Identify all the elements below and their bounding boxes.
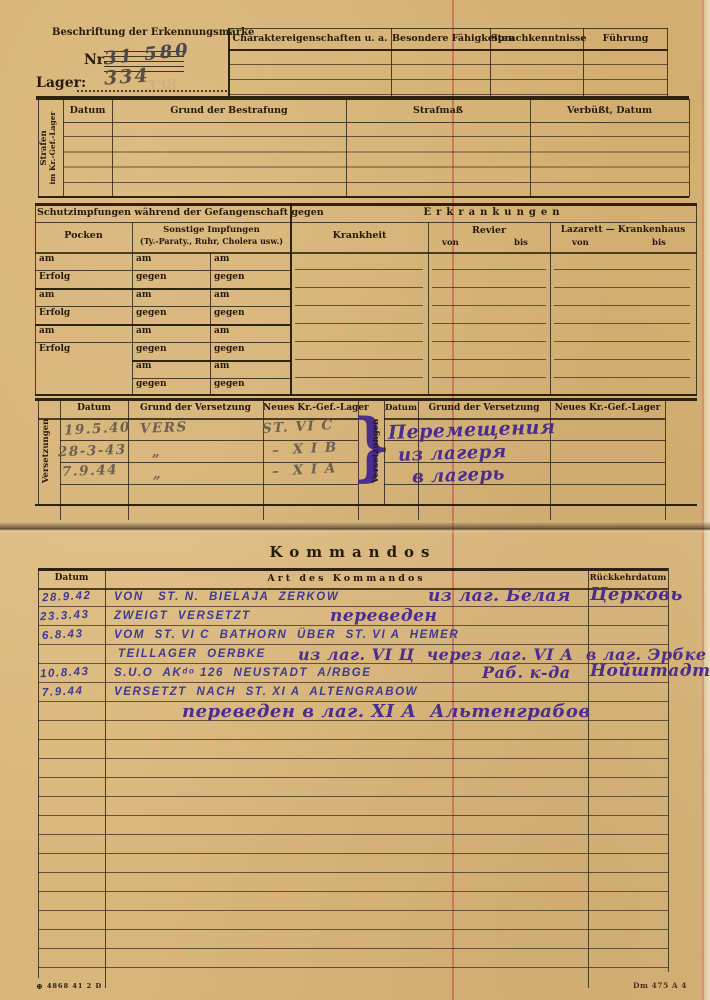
- form-code: Dm 475 A 4: [633, 982, 687, 990]
- scan-right-edge: [704, 0, 710, 1000]
- lazarett-von-label: von: [572, 239, 589, 248]
- versetzungen-col-datum: Datum: [381, 404, 421, 413]
- impfung-gegen-label: gegen: [136, 345, 167, 354]
- ghost-writing: 338: [145, 75, 177, 97]
- printer-mark-icon: ⊕: [36, 982, 43, 990]
- impfung-erfolg-label: Erfolg: [39, 309, 70, 318]
- impfungen-title: Schutzimpfungen während der Gefangenscha…: [37, 208, 289, 218]
- kommando-art: VON ST. N. BIELAJA ZERKOW: [114, 591, 339, 603]
- fold-crease: [0, 521, 710, 535]
- sonstige-label: Sonstige Impfungen: [133, 226, 290, 235]
- versetzungen-col-lager: Neues Kr.-Gef.-Lager: [550, 404, 665, 413]
- rule-line: [60, 484, 358, 485]
- impfung-am-label: am: [39, 255, 54, 264]
- versetzung-lager: ST. VI C: [262, 417, 334, 437]
- impfung-gegen-label: gegen: [214, 273, 245, 282]
- section-divider: [36, 96, 689, 100]
- strafen-side-label-line2: im Kr.-Gef.-Lager: [49, 104, 57, 192]
- traits-col-sprachkenntnisse: Sprachkenntnisse: [491, 34, 582, 44]
- traits-col-faehigkeiten: Besondere Fähigkeiten: [392, 34, 489, 44]
- kommando-rueckkehr: Нойштадт: [590, 661, 710, 681]
- rule-line: [384, 400, 385, 505]
- rule-line: [38, 400, 39, 505]
- impfung-am-label: am: [39, 327, 54, 336]
- strafen-col-verbuesst: Verbüßt, Datum: [530, 106, 689, 116]
- rule-line: [35, 324, 290, 326]
- kommando-art: TEILLAGER OERBKE: [118, 648, 266, 660]
- versetzung-lager: – X I B: [272, 439, 338, 458]
- impfung-gegen-label: gegen: [136, 380, 167, 389]
- rule-line: [550, 222, 551, 395]
- rule-line: [60, 506, 61, 520]
- rule-line: [550, 506, 551, 520]
- strafen-col-datum: Datum: [63, 106, 112, 116]
- versetzungen-note-line3: в лагерь: [412, 463, 506, 487]
- versetzung-datum: 7.9.44: [62, 462, 119, 480]
- kommando-datum: 7.9.44: [42, 685, 84, 699]
- impfung-erfolg-label: Erfolg: [39, 345, 70, 354]
- rule-line: [665, 506, 666, 520]
- kommandos-title: Kommandos: [103, 545, 603, 561]
- rule-line: [35, 270, 290, 271]
- rule-line: [128, 506, 129, 520]
- traits-col-fuehrung: Führung: [584, 34, 667, 44]
- versetzung-grund: „: [152, 444, 161, 460]
- impfung-am-label: am: [214, 327, 229, 336]
- krankheit-label: Krankheit: [291, 231, 428, 241]
- rule-line: [696, 203, 697, 395]
- pocken-label: Pocken: [35, 231, 132, 241]
- versetzungen-col-grund: Grund der Versetzung: [128, 404, 263, 413]
- erkrankungen-title: Erkrankungen: [291, 208, 697, 219]
- kommando-note: из лаг. Белая: [428, 586, 571, 606]
- impfung-am-label: am: [214, 255, 229, 264]
- impfung-am-label: am: [136, 291, 151, 300]
- impfung-gegen-label: gegen: [214, 309, 245, 318]
- rule-line: [689, 99, 690, 197]
- rule-line: [38, 196, 689, 198]
- versetzung-grund: „: [153, 466, 162, 482]
- kommandos-col-rueckkehr: Rückkehrdatum: [588, 574, 668, 583]
- revier-label: Revier: [428, 226, 550, 236]
- revier-von-label: von: [442, 239, 459, 248]
- versetzung-lager: – X I A: [272, 460, 338, 479]
- versetzungen-side-label-left: Versetzungen: [42, 400, 51, 502]
- sonstige-sublabel: (Ty.-Paraty., Ruhr, Cholera usw.): [133, 237, 290, 245]
- rule-line: [358, 506, 359, 520]
- rule-line: [35, 394, 697, 396]
- kommando-art: S.U.O AKᵈᵒ 126 NEUSTADT A/RBGE: [114, 667, 372, 679]
- lazarett-bis-label: bis: [652, 239, 666, 248]
- strafen-col-grund: Grund der Bestrafung: [112, 106, 346, 116]
- versetzungen-col-lager: Neues Kr.-Gef.-Lager: [263, 404, 358, 413]
- impfung-am-label: am: [214, 362, 229, 371]
- strafen-empty-rows: [63, 122, 689, 196]
- rule-line: [38, 99, 39, 197]
- kommando-art: VERSETZT NACH ST. XI A ALTENGRABOW: [114, 686, 418, 698]
- impfung-gegen-label: gegen: [136, 309, 167, 318]
- rule-line: [263, 400, 264, 505]
- rule-line: [38, 568, 668, 571]
- versetzung-datum: 19.5.40: [64, 419, 132, 438]
- versetzungen-side-label-right: Versetzungen: [372, 400, 381, 502]
- rule-line: [665, 400, 666, 505]
- rule-line: [228, 28, 668, 29]
- pow-record-card: Beschriftung der Erkennungsmarke Nr. 31 …: [0, 0, 710, 1000]
- rule-line: [132, 360, 290, 362]
- kommando-art: VOM ST. VI C BATHORN ÜBER ST. VI A HEMER: [114, 629, 459, 641]
- kommando-rueckkehr: Церковь: [590, 584, 683, 605]
- versetzung-grund: VERS: [140, 419, 188, 437]
- rule-line: [35, 398, 697, 401]
- kommando-note: Раб. к-да: [482, 663, 571, 682]
- revier-bis-label: bis: [514, 239, 528, 248]
- traits-col-charakter: Charaktereigenschaften u. a.: [230, 34, 390, 44]
- rule-line: [35, 203, 697, 206]
- impfung-gegen-label: gegen: [214, 345, 245, 354]
- strafen-side-label: Strafen im Kr.-Gef.-Lager: [40, 104, 58, 192]
- kommando-art: ZWEIGT VERSETZT: [114, 610, 251, 622]
- krankheit-empty-rows: [295, 252, 423, 379]
- traits-empty-rows: [228, 50, 668, 95]
- lazarett-empty-rows: [554, 252, 690, 379]
- impfung-am-label: am: [136, 255, 151, 264]
- impfung-am-label: am: [136, 327, 151, 336]
- rule-line: [428, 222, 429, 395]
- rule-line: [418, 506, 419, 520]
- rule-line: [35, 288, 290, 290]
- impfung-am-label: am: [136, 362, 151, 371]
- kommando-note: переведен в лаг. XI А Альтенграбов: [182, 701, 591, 722]
- lazarett-label: Lazarett — Krankenhaus: [550, 226, 696, 235]
- versetzungen-col-grund: Grund der Versetzung: [418, 404, 550, 413]
- rule-line: [35, 342, 290, 343]
- impfung-gegen-label: gegen: [214, 380, 245, 389]
- erkennungsmarke-label: Beschriftung der Erkennungsmarke: [52, 28, 232, 39]
- rule-line: [35, 504, 697, 506]
- rule-line: [132, 222, 133, 395]
- versetzung-datum: 28-3-43: [58, 442, 127, 460]
- impfung-gegen-label: gegen: [136, 273, 167, 282]
- kommandos-col-datum: Datum: [38, 574, 105, 583]
- kommandos-col-art: Art des Kommandos: [105, 574, 588, 584]
- rule-line: [35, 306, 290, 307]
- rule-line: [128, 400, 129, 505]
- rule-line: [35, 222, 697, 223]
- lager-handwritten-value: 334: [103, 64, 150, 89]
- rule-line: [263, 506, 264, 520]
- versetzungen-note-line2: из лагеря: [398, 441, 507, 466]
- impfung-am-label: am: [39, 291, 54, 300]
- strafen-col-strafmass: Strafmaß: [346, 106, 530, 116]
- impfung-erfolg-label: Erfolg: [39, 273, 70, 282]
- impfung-am-label: am: [214, 291, 229, 300]
- kommando-datum: 6.8.43: [42, 628, 84, 642]
- rule-line: [668, 568, 669, 972]
- versetzungen-col-datum: Datum: [60, 404, 128, 413]
- kommando-note: переведен: [330, 606, 437, 626]
- printer-code: 4868 41 2 D: [47, 983, 102, 990]
- revier-empty-rows: [432, 252, 546, 379]
